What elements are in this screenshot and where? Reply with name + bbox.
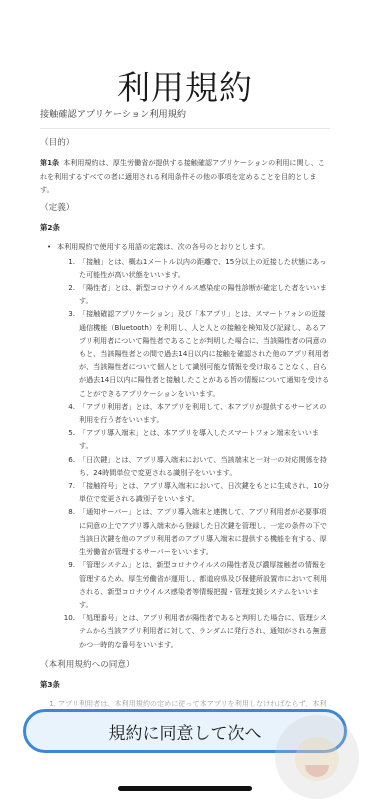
document-heading: 接触確認アプリケーション利用規約: [40, 108, 330, 129]
item-number: 9.: [63, 558, 75, 571]
article-2-label: 第2条: [40, 221, 330, 234]
definition-item: 5.「アプリ導入端末」とは、本アプリを導入したスマートフォン端末をいいます。: [65, 426, 330, 452]
definition-item: 4.「アプリ利用者」とは、本アプリを利用して、本アプリが提供するサービスの利用を…: [65, 400, 330, 426]
item-number: 10.: [63, 611, 75, 624]
page-title: 利用規約: [0, 62, 370, 109]
item-number: 3.: [63, 307, 75, 320]
definition-item: 8.「通知サーバー」とは、アプリ導入端末と連携して、アプリ利用者が必要事項に同意…: [65, 505, 330, 558]
definition-item: 2.「陽性者」とは、新型コロナウイルス感染症の陽性診断が確定した者をいいます。: [65, 281, 330, 307]
definition-items: 1.「接触」とは、概ね1メートル以内の距離で、15分以上の近接した状態にあった可…: [57, 255, 330, 651]
definition-item: 6.「日次鍵」とは、アプリ導入端末において、当該端末と一対一の対応関係を持ち、2…: [65, 453, 330, 479]
item-text: 「通知サーバー」とは、アプリ導入端末と連携して、アプリ利用者が必要事項に同意の上…: [79, 507, 327, 556]
item-number: 4.: [63, 400, 75, 413]
item-text: 「接触確認アプリケーション」及び「本アプリ」とは、スマートフォンの近接通信機能（…: [79, 309, 329, 397]
definitions-list: 本利用規約で使用する用語の定義は、次の各号のとおりとします。 1.「接触」とは、…: [40, 240, 330, 650]
item-text: 「日次鍵」とは、アプリ導入端末において、当該端末と一対一の対応関係を持ち、24時…: [79, 455, 327, 477]
item-number: 2.: [63, 281, 75, 294]
item-text: 「アプリ利用者」とは、本アプリを利用して、本アプリが提供するサービスの利用を行う…: [79, 402, 326, 424]
item-number: 5.: [63, 426, 75, 439]
item-number: 7.: [63, 479, 75, 492]
definitions-intro: 本利用規約で使用する用語の定義は、次の各号のとおりとします。 1.「接触」とは、…: [47, 240, 330, 650]
section-caption-purpose: （目的）: [40, 137, 330, 150]
article-1-text: 本利用規約は、厚生労働省が提供する接触確認アプリケーションの利用に関し、これを利…: [40, 158, 325, 193]
article-1-label: 第1条: [40, 158, 59, 167]
definition-item: 9.「管理システム」とは、新型コロナウイルスの陽性者及び濃厚接触者の情報を管理す…: [65, 558, 330, 611]
section-caption-consent: （本利用規約への同意）: [40, 659, 330, 672]
section-caption-definitions: （定義）: [40, 202, 330, 215]
definitions-intro-text: 本利用規約で使用する用語の定義は、次の各号のとおりとします。: [57, 242, 269, 251]
definition-item: 10.「処理番号」とは、アプリ利用者が陽性者であると判明した場合に、管理システム…: [65, 611, 330, 651]
item-number: 1.: [63, 255, 75, 268]
definition-item: 1.「接触」とは、概ね1メートル以内の距離で、15分以上の近接した状態にあった可…: [65, 255, 330, 281]
item-number: 6.: [63, 453, 75, 466]
item-text: 「接触符号」とは、アプリ導入端末において、日次鍵をもとに生成され、10分単位で変…: [79, 481, 329, 503]
item-text: 「アプリ導入端末」とは、本アプリを導入したスマートフォン端末をいいます。: [79, 428, 319, 450]
home-indicator[interactable]: [118, 786, 252, 791]
item-number: 8.: [63, 505, 75, 518]
article-1: 第1条本利用規約は、厚生労働省が提供する接触確認アプリケーションの利用に関し、こ…: [40, 156, 330, 196]
terms-scroll-area[interactable]: 接触確認アプリケーション利用規約 （目的） 第1条本利用規約は、厚生労働省が提供…: [40, 108, 330, 720]
item-text: 「処理番号」とは、アプリ利用者が陽性者であると判明した場合に、管理システムから当…: [79, 613, 327, 648]
definition-item: 7.「接触符号」とは、アプリ導入端末において、日次鍵をもとに生成され、10分単位…: [65, 479, 330, 505]
monkey-watermark-icon: [275, 715, 359, 799]
definition-item: 3.「接触確認アプリケーション」及び「本アプリ」とは、スマートフォンの近接通信機…: [65, 307, 330, 399]
item-text: 「管理システム」とは、新型コロナウイルスの陽性者及び濃厚接触者の情報を管理するた…: [79, 560, 327, 609]
item-text: 「接触」とは、概ね1メートル以内の距離で、15分以上の近接した状態にあった可能性…: [79, 257, 326, 279]
item-text: 「陽性者」とは、新型コロナウイルス感染症の陽性診断が確定した者をいいます。: [79, 283, 327, 305]
terms-screen: 利用規約 接触確認アプリケーション利用規約 （目的） 第1条本利用規約は、厚生労…: [0, 0, 370, 800]
